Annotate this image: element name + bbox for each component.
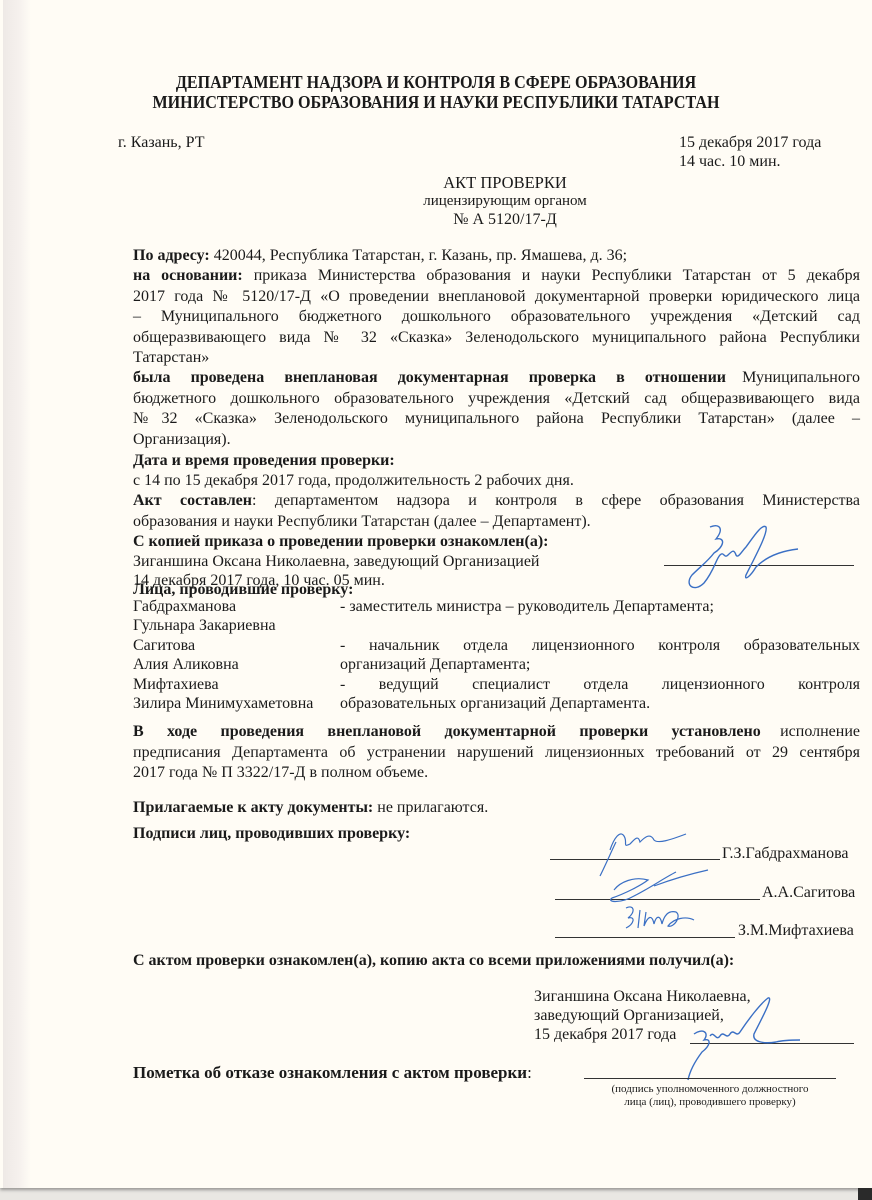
inspector-2-role-line1: - начальник отдела лицензионного контрол… [340, 637, 860, 655]
scan-corner [858, 1188, 872, 1200]
basis-label: на основании: [133, 267, 243, 284]
inspector-1-surname: Габдрахманова [133, 598, 236, 616]
basis-paragraph: на основании: приказа Министерства образ… [133, 266, 860, 369]
address-value: 420044, Республика Татарстан, г. Казань,… [210, 247, 627, 264]
inspector-3-role-line2: образовательных организаций Департамента… [340, 695, 860, 713]
acknowledged-date: 15 декабря 2017 года [534, 1025, 676, 1045]
signature-name-3: З.М.Мифтахиева [738, 921, 854, 941]
order-copy-label: С копией приказа о проведении проверки о… [133, 532, 549, 552]
header-ministry: МИНИСТЕРСТВО ОБРАЗОВАНИЯ И НАУКИ РЕСПУБЛ… [35, 92, 837, 113]
act-number: № А 5120/17-Д [0, 211, 872, 229]
inspection-paragraph: была проведена внеплановая документарная… [133, 368, 860, 450]
refusal-caption-1: (подпись уполномоченного должностного [584, 1082, 836, 1096]
address-label: По адресу: [133, 247, 210, 264]
inspector-2-role-line2: организаций Департамента; [340, 656, 860, 674]
inspectors-label: Лица, проводившие проверку: [133, 580, 353, 600]
acknowledged-label: С актом проверки ознакомлен(а), копию ак… [133, 951, 734, 971]
compiled-label: Акт составлен [133, 492, 252, 509]
inspection-label: была проведена внеплановая документарная… [133, 369, 726, 386]
act-title: АКТ ПРОВЕРКИ [0, 173, 872, 193]
place: г. Казань, РТ [118, 133, 204, 153]
finding-label: В ходе проведения внеплановой документар… [133, 723, 761, 740]
signature-name-1: Г.З.Габдрахманова [722, 844, 849, 864]
inspector-3-role-line1: - ведущий специалист отдела лицензионног… [340, 676, 860, 694]
time: 14 час. 10 мин. [679, 152, 781, 172]
inspector-3-surname: Мифтахиева [133, 676, 219, 694]
date: 15 декабря 2017 года [679, 133, 821, 153]
inspector-1-role: - заместитель министра – руководитель Де… [340, 598, 860, 616]
refusal-caption-2: лица (лиц), проводившего проверку) [584, 1095, 836, 1109]
header-department: ДЕПАРТАМЕНТ НАДЗОРА И КОНТРОЛЯ В СФЕРЕ О… [35, 72, 837, 93]
signature-inspectors [590, 820, 730, 940]
inspector-2-given: Алия Аликовна [133, 656, 239, 674]
inspector-3-given: Зилира Минимухаметовна [133, 695, 313, 713]
inspector-2-surname: Сагитова [133, 637, 195, 655]
act-subtitle: лицензирующим органом [0, 193, 872, 210]
datetime-label: Дата и время проведения проверки: [133, 451, 395, 471]
inspector-1-given: Гульнара Закариевна [133, 617, 276, 635]
signature-ziganshina-1 [680, 515, 810, 600]
attachments: Прилагаемые к акту документы: не прилага… [133, 798, 488, 818]
order-copy-person: Зиганшина Оксана Николаевна, заведующий … [133, 552, 539, 572]
address: По адресу: 420044, Республика Татарстан,… [133, 246, 627, 266]
signature-ziganshina-2 [680, 990, 810, 1090]
refusal-signature-line [584, 1078, 836, 1079]
refusal-label: Пометка об отказе ознакомления с актом п… [133, 1063, 532, 1083]
signature-name-2: А.А.Сагитова [762, 883, 855, 903]
signatures-label: Подписи лиц, проводивших проверку: [133, 824, 410, 844]
attachments-label: Прилагаемые к акту документы: [133, 799, 373, 816]
attachments-value: не прилагаются. [373, 799, 488, 816]
datetime-value: с 14 по 15 декабря 2017 года, продолжите… [133, 471, 574, 491]
finding-paragraph: В ходе проведения внеплановой документар… [133, 722, 860, 784]
document-page: ДЕПАРТАМЕНТ НАДЗОРА И КОНТРОЛЯ В СФЕРЕ О… [0, 0, 872, 1188]
